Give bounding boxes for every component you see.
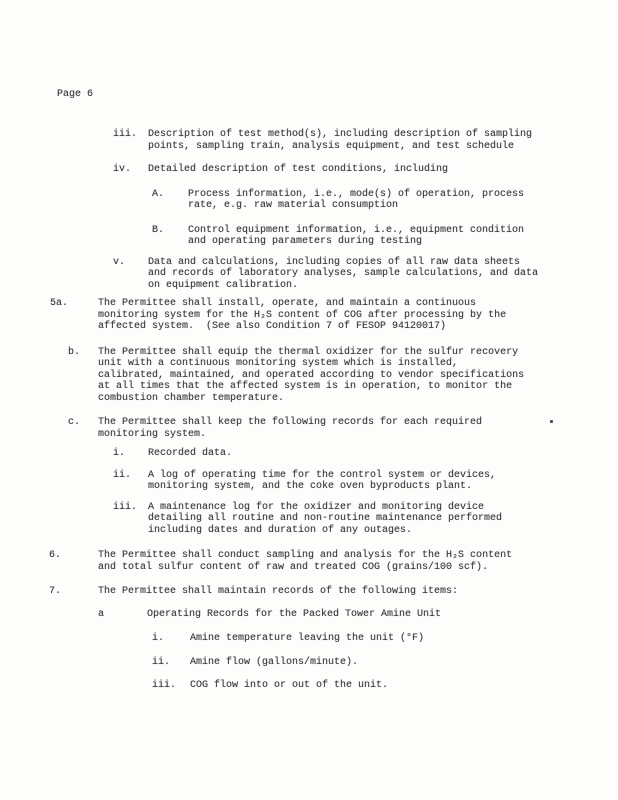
item-marker: 5a. [50,298,98,310]
item-marker: B. [152,225,188,237]
item-marker: ii. [152,657,190,669]
item-text: The Permittee shall conduct sampling and… [98,550,618,573]
item-marker: iii. [152,680,190,692]
item-text: A log of operating time for the control … [148,470,618,493]
document-page: Page 6 iii. Description of test method(s… [0,0,618,800]
list-item: ii. Amine flow (gallons/minute). [0,657,618,669]
list-item: b. The Permittee shall equip the thermal… [0,347,618,405]
item-marker: c. [68,417,98,429]
item-marker: 6. [49,550,98,562]
item-text: Data and calculations, including copies … [148,257,618,292]
item-marker: iii. [113,129,148,141]
item-marker: i. [152,633,190,645]
item-text: Control equipment information, i.e., equ… [188,225,618,248]
item-marker: ii. [113,470,148,482]
item-marker: 7. [49,586,98,598]
item-text: The Permittee shall equip the thermal ox… [98,347,618,405]
list-item: i. Amine temperature leaving the unit (°… [0,633,618,645]
item-text: Amine temperature leaving the unit (°F) [190,633,618,645]
list-item: iii. A maintenance log for the oxidizer … [0,502,618,537]
item-marker: A. [152,189,188,201]
list-item: iii. COG flow into or out of the unit. [0,680,618,692]
item-text: Amine flow (gallons/minute). [190,657,618,669]
list-item: c. The Permittee shall keep the followin… [0,417,618,440]
item-text: The Permittee shall maintain records of … [98,586,618,598]
list-item: a Operating Records for the Packed Tower… [0,609,618,621]
list-item: 5a. The Permittee shall install, operate… [0,298,618,333]
list-item: 6. The Permittee shall conduct sampling … [0,550,618,573]
list-item: iii. Description of test method(s), incl… [0,129,618,152]
item-text: Recorded data. [148,448,618,460]
item-text: The Permittee shall keep the following r… [98,417,618,440]
list-item: ii. A log of operating time for the cont… [0,470,618,493]
item-text: The Permittee shall install, operate, an… [98,298,618,333]
document-body: iii. Description of test method(s), incl… [0,129,618,692]
item-text: Detailed description of test conditions,… [148,164,618,176]
list-item: i. Recorded data. [0,448,618,460]
item-marker: iii. [113,502,148,514]
list-item: v. Data and calculations, including copi… [0,257,618,292]
page-number: Page 6 [57,89,93,101]
item-text: Process information, i.e., mode(s) of op… [188,189,618,212]
list-item: iv. Detailed description of test conditi… [0,164,618,176]
item-text: A maintenance log for the oxidizer and m… [148,502,618,537]
item-marker: i. [113,448,148,460]
item-text: Operating Records for the Packed Tower A… [147,609,618,621]
list-item: A. Process information, i.e., mode(s) of… [0,189,618,212]
item-marker: iv. [113,164,148,176]
item-marker: v. [113,257,148,269]
item-text: Description of test method(s), including… [148,129,618,152]
list-item: B. Control equipment information, i.e., … [0,225,618,248]
item-marker: b. [68,347,98,359]
item-marker: a [98,609,147,621]
list-item: 7. The Permittee shall maintain records … [0,586,618,598]
scan-speck [550,420,553,423]
item-text: COG flow into or out of the unit. [190,680,618,692]
